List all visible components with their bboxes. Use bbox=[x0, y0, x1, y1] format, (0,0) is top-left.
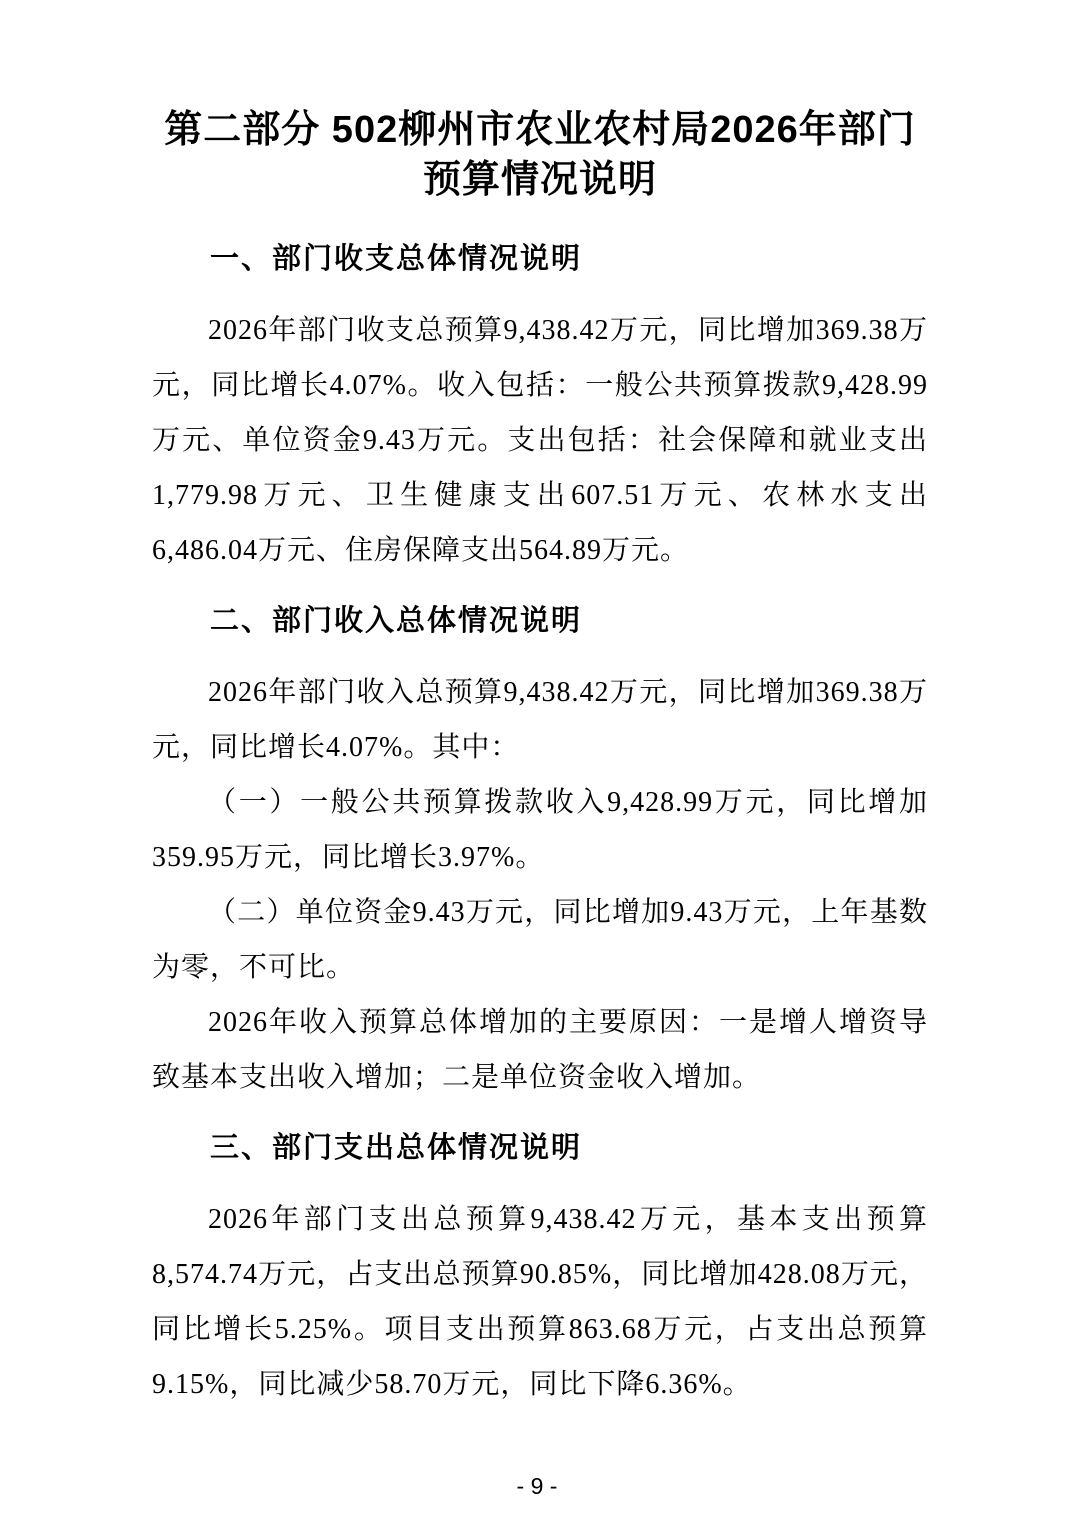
document-title-line-1: 第二部分 502柳州市农业农村局2026年部门 bbox=[164, 109, 916, 151]
page-number: - 9 - bbox=[0, 1473, 1074, 1500]
paragraph-revenue-item-1: （一）一般公共预算拨款收入9,428.99万元，同比增加359.95万元，同比增… bbox=[152, 775, 928, 885]
paragraph-revenue-total: 2026年部门收入总预算9,438.42万元，同比增加369.38万元，同比增长… bbox=[152, 665, 928, 775]
paragraph-revenue-increase-reason: 2026年收入预算总体增加的主要原因：一是增人增资导致基本支出收入增加；二是单位… bbox=[152, 995, 928, 1105]
section-heading-expenditure-overview: 三、部门支出总体情况说明 bbox=[152, 1130, 928, 1166]
document-title: 第二部分 502柳州市农业农村局2026年部门预算情况说明 bbox=[152, 105, 928, 205]
document-title-line-2: 预算情况说明 bbox=[423, 159, 657, 201]
section-heading-revenue-expenditure-overview: 一、部门收支总体情况说明 bbox=[152, 241, 928, 277]
paragraph-revenue-item-2: （二）单位资金9.43万元，同比增加9.43万元，上年基数为零，不可比。 bbox=[152, 885, 928, 995]
document-page: 第二部分 502柳州市农业农村局2026年部门预算情况说明 一、部门收支总体情况… bbox=[0, 0, 1074, 1520]
paragraph-revenue-expenditure-overview: 2026年部门收支总预算9,438.42万元，同比增加369.38万元，同比增长… bbox=[152, 303, 928, 578]
paragraph-expenditure-total: 2026年部门支出总预算9,438.42万元，基本支出预算8,574.74万元，… bbox=[152, 1192, 928, 1412]
section-heading-revenue-overview: 二、部门收入总体情况说明 bbox=[152, 603, 928, 639]
